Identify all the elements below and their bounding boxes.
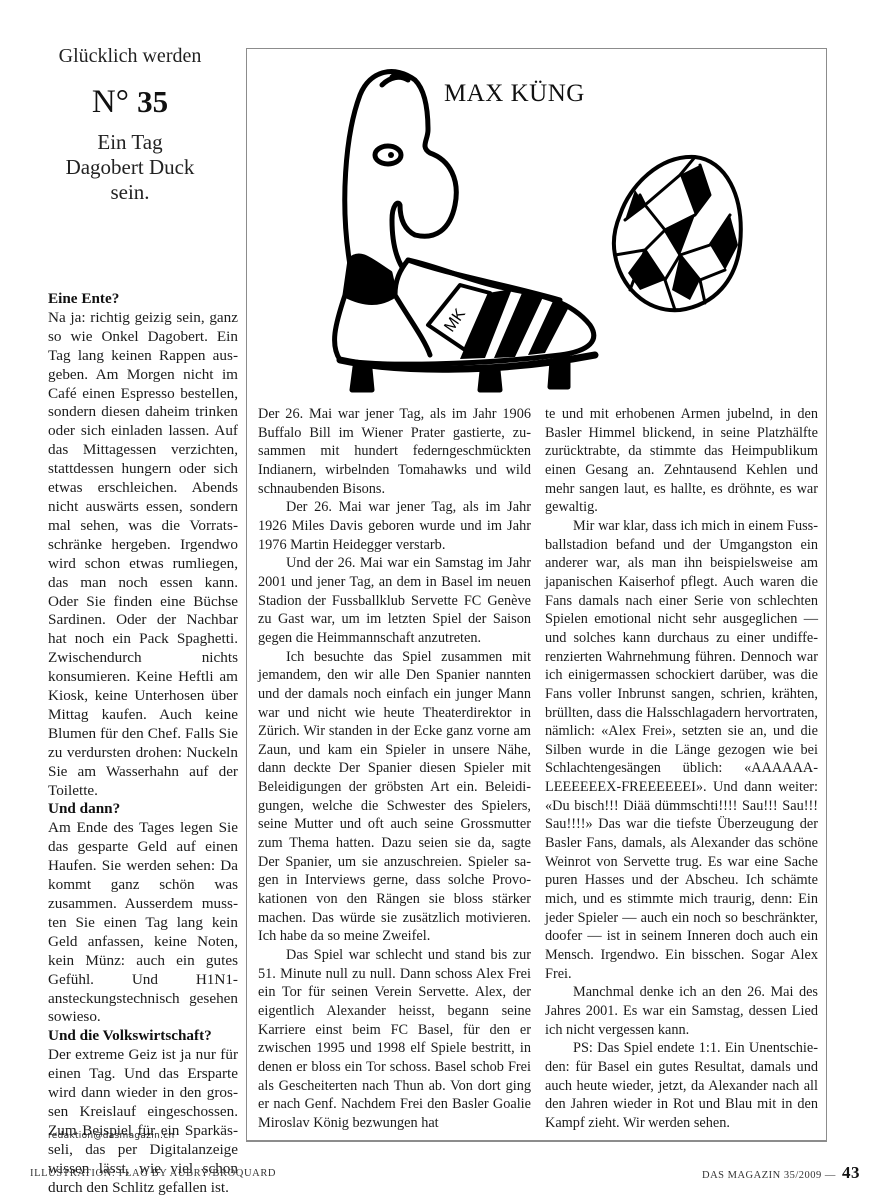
author-byline: MAX KÜNG xyxy=(444,80,585,108)
issue-date: 35/2009 — xyxy=(784,1170,836,1181)
issue-number: N° 35 xyxy=(30,82,230,122)
section-heading: Und die Volkswirtschaft? xyxy=(48,1027,238,1046)
paragraph: Ich besuchte das Spiel zusammen mit jema… xyxy=(258,648,531,947)
section-text: Am Ende des Tages legen Sie das gesparte… xyxy=(48,819,238,1027)
section-heading: Und dann? xyxy=(48,800,238,819)
paragraph: te und mit erhobenen Armen jubelnd, in d… xyxy=(545,405,818,517)
issue-value: 35 xyxy=(137,84,168,119)
illustration-credit: ILLUSTRATION: FLAG BY AUBRY/BROQUARD xyxy=(30,1168,276,1179)
contact-email[interactable]: redaktion@dasmagazin.ch xyxy=(48,1131,175,1141)
paragraph: Manchmal denke ich an den 26. Mai des Ja… xyxy=(545,983,818,1039)
section-heading: Eine Ente? xyxy=(48,290,238,309)
subtitle-line: Dagobert Duck xyxy=(30,155,230,180)
section-text: Na ja: richtig geizig sein, ganz so wie … xyxy=(48,309,238,801)
column-header: Glücklich werden N° 35 Ein Tag Dagobert … xyxy=(30,44,230,205)
paragraph: PS: Das Spiel endete 1:1. Ein Unentschie… xyxy=(545,1039,818,1132)
article-column-1: Der 26. Mai war jener Tag, als im Jahr 1… xyxy=(258,405,531,1133)
column-subtitle: Ein Tag Dagobert Duck sein. xyxy=(30,130,230,205)
page-folio: DAS MAGAZIN 35/2009 — 43 xyxy=(702,1163,860,1183)
subtitle-line: Ein Tag xyxy=(30,130,230,155)
sidebar-body: Eine Ente? Na ja: richtig geizig sein, g… xyxy=(48,290,238,1198)
subtitle-line: sein. xyxy=(30,180,230,205)
paragraph: Und der 26. Mai war ein Samstag im Jahr … xyxy=(258,554,531,647)
article-column-2: te und mit erhobenen Armen jubelnd, in d… xyxy=(545,405,818,1133)
paragraph: Der 26. Mai war jener Tag, als im Jahr 1… xyxy=(258,405,531,498)
column-kicker: Glücklich werden xyxy=(30,44,230,68)
issue-prefix: N° xyxy=(92,84,129,120)
page-number: 43 xyxy=(842,1163,860,1182)
paragraph: Der 26. Mai war jener Tag, als im Jahr 1… xyxy=(258,498,531,554)
boot-initials: MK xyxy=(441,306,469,336)
paragraph: Mir war klar, dass ich mich in einem Fus… xyxy=(545,517,818,983)
publication-name: DAS MAGAZIN xyxy=(702,1170,781,1181)
paragraph: Das Spiel war schlecht und stand bis zur… xyxy=(258,946,531,1133)
